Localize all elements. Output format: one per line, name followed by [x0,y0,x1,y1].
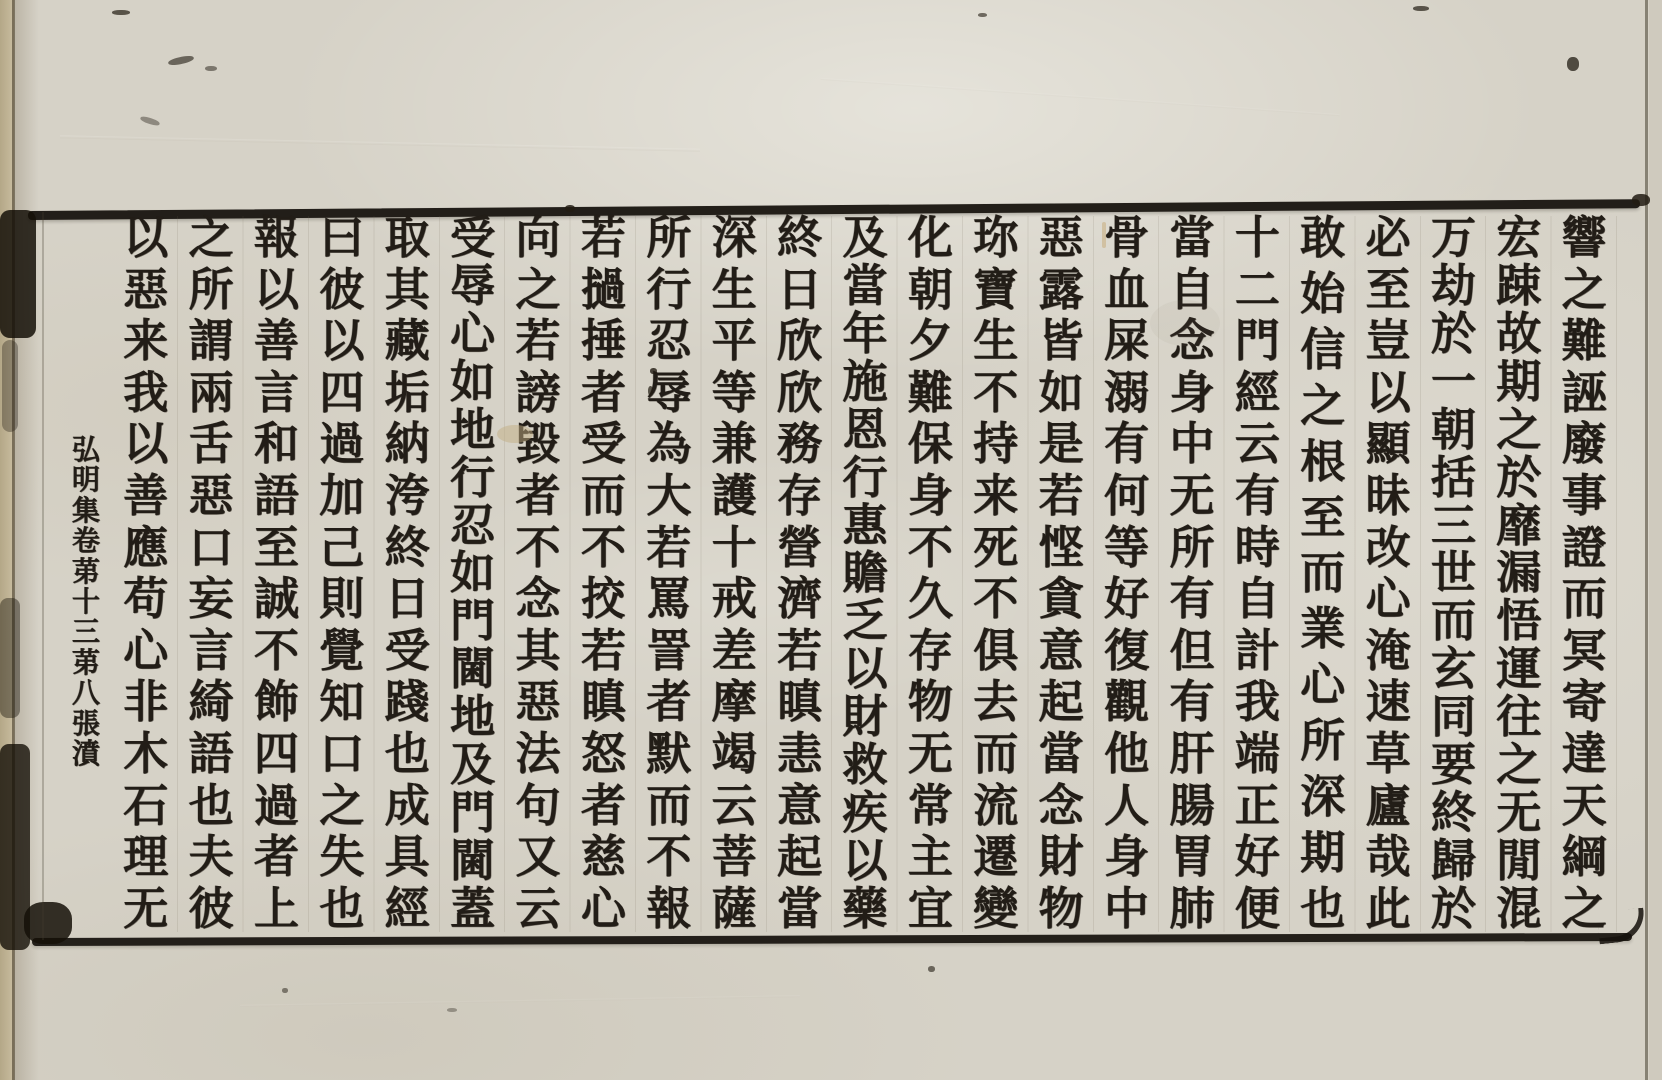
character: 死 [973,526,1018,571]
character: 句 [516,784,561,829]
character: 也 [319,887,364,932]
character: 万 [1431,216,1476,261]
character: 己 [319,526,364,571]
character: 過 [319,422,364,467]
character: 身 [1104,835,1149,880]
character: 以 [843,647,888,692]
ink-speck [648,386,653,396]
character: 之 [1562,887,1607,932]
character: 无 [1496,791,1541,836]
character: 菩 [712,835,757,880]
character: 速 [1366,680,1411,725]
character: 辱 [646,371,691,416]
character: 者 [581,784,626,829]
character: 木 [123,732,168,777]
character: 捶 [581,319,626,364]
character: 往 [1496,695,1541,740]
paper-stain [497,425,533,443]
ink-speck [447,1008,457,1012]
paper-crease [821,78,1340,116]
character: 腸 [1169,784,1214,829]
character: 肺 [1169,887,1214,932]
character: 不 [908,526,953,571]
character: 其 [516,629,561,674]
text-column-16: 若撾捶者受而不挍若瞋怒者慈心 [571,216,636,932]
character: 以 [254,268,299,313]
colophon-character: 張 [72,711,100,739]
character: 期 [1300,831,1345,876]
character: 也 [385,732,430,777]
character: 如 [450,360,495,405]
ink-speck [928,966,935,972]
character: 他 [1104,732,1149,777]
character: 不 [516,526,561,571]
character: 而 [581,474,626,519]
character: 惡 [189,474,234,519]
character: 護 [712,474,757,519]
character: 端 [1235,732,1280,777]
scripture-text-block: 響之難誣廢事證而冥寄達天綱之宏踈故期之於靡漏悟運往之无閒混万劫於一朝括三世而玄同… [113,216,1617,932]
character: 云 [1235,422,1280,467]
character: 若 [581,216,626,261]
character: 朝 [1431,408,1476,453]
character: 心 [123,629,168,674]
character: 則 [319,577,364,622]
character: 哉 [1366,835,1411,880]
character: 經 [385,887,430,932]
character: 以 [123,216,168,261]
character: 及 [450,743,495,788]
character: 閒 [1496,839,1541,884]
character: 始 [1300,272,1345,317]
character: 夕 [908,319,953,364]
character: 皆 [1039,319,1084,364]
text-column-13: 終日欣欣務存營濟若瞋恚意起當 [767,216,832,932]
character: 冥 [1562,629,1607,674]
character: 知 [319,680,364,725]
character: 三 [1431,504,1476,549]
character: 閫 [450,839,495,884]
page-edge-line [1645,0,1648,1080]
character: 者 [254,835,299,880]
character: 寄 [1562,680,1607,725]
character: 行 [646,268,691,313]
character: 當 [843,264,888,309]
ink-smudge [24,902,72,944]
character: 運 [1496,647,1541,692]
character: 門 [1235,319,1280,364]
character: 門 [450,791,495,836]
page-edge-strip [1649,0,1662,1080]
character: 非 [123,680,168,725]
character: 慈 [581,835,626,880]
character: 瞋 [777,680,822,725]
character: 而 [1562,577,1607,622]
character: 摩 [712,680,757,725]
character: 踈 [1496,264,1541,309]
character: 惡 [123,268,168,313]
character: 意 [1039,629,1084,674]
character: 之 [1496,743,1541,788]
character: 之 [1496,408,1541,453]
character: 正 [1235,784,1280,829]
character: 而 [973,732,1018,777]
character: 受 [450,216,495,261]
character: 二 [1235,268,1280,313]
character: 默 [646,732,691,777]
character: 門 [450,599,495,644]
character: 平 [712,319,757,364]
character: 口 [319,732,364,777]
character: 乏 [843,599,888,644]
character: 好 [1104,577,1149,622]
character: 以 [843,839,888,884]
colophon-character: 集 [72,498,100,526]
character: 贍 [843,551,888,596]
character: 存 [908,629,953,674]
character: 夫 [189,835,234,880]
character: 悭 [1039,526,1084,571]
character: 終 [385,526,430,571]
character: 也 [189,784,234,829]
character: 深 [1300,775,1345,820]
character: 者 [581,371,626,416]
character: 財 [1039,835,1084,880]
character: 謂 [189,319,234,364]
character: 流 [973,784,1018,829]
character: 根 [1300,440,1345,485]
text-column-18: 受辱心如地行忍如門閫地及門閫蓋 [440,216,505,932]
character: 无 [908,732,953,777]
character: 有 [1169,680,1214,725]
character: 響 [1562,216,1607,261]
character: 必 [1366,216,1411,261]
character: 垢 [385,371,430,416]
ink-speck [1632,194,1650,206]
scanned-page: 響之難誣廢事證而冥寄達天綱之宏踈故期之於靡漏悟運往之无閒混万劫於一朝括三世而玄同… [0,0,1662,1080]
character: 所 [1169,526,1214,571]
ink-speck [168,54,195,66]
character: 忍 [450,504,495,549]
character: 若 [646,526,691,571]
character: 不 [581,526,626,571]
character: 經 [1235,371,1280,416]
ink-speck [140,115,161,127]
character: 差 [712,629,757,674]
text-column-21: 報以善言和語至誠不飾四過者上 [244,216,309,932]
character: 持 [973,422,1018,467]
character: 彼 [319,268,364,313]
character: 所 [189,268,234,313]
character: 物 [908,680,953,725]
character: 歸 [1431,839,1476,884]
character: 中 [1169,422,1214,467]
character: 惡 [1039,216,1084,261]
character: 是 [1039,422,1084,467]
character: 時 [1235,526,1280,571]
character: 言 [254,371,299,416]
character: 蓋 [450,887,495,932]
character: 失 [319,835,364,880]
character: 有 [1104,422,1149,467]
character: 心 [450,312,495,357]
character: 昧 [1366,474,1411,519]
character: 惠 [843,504,888,549]
character: 不 [254,629,299,674]
ink-speck [205,66,217,71]
frame-bottom-border [32,933,1632,946]
character: 觀 [1104,680,1149,725]
character: 覺 [319,629,364,674]
character: 一 [1431,360,1476,405]
character: 血 [1104,268,1149,313]
character: 閫 [450,647,495,692]
character: 淹 [1366,629,1411,674]
character: 和 [254,422,299,467]
character: 日 [385,577,430,622]
character: 口 [189,526,234,571]
character: 生 [712,268,757,313]
character: 當 [777,887,822,932]
character: 好 [1235,835,1280,880]
character: 宜 [908,887,953,932]
character: 辱 [450,264,495,309]
character: 便 [1235,887,1280,932]
character: 自 [1235,577,1280,622]
character: 信 [1300,328,1345,373]
character: 心 [1366,577,1411,622]
text-column-15: 所行忍辱為大若罵詈者默而不報 [636,216,701,932]
character: 於 [1496,456,1541,501]
character: 貪 [1039,577,1084,622]
character: 變 [973,887,1018,932]
character: 肝 [1169,732,1214,777]
character: 深 [712,216,757,261]
ink-speck [282,988,288,993]
character: 所 [646,216,691,261]
character: 宏 [1496,216,1541,261]
character: 胃 [1169,835,1214,880]
character: 遷 [973,835,1018,880]
character: 期 [1496,360,1541,405]
ink-speck [1567,57,1579,71]
colophon-column: 弘明集卷苐十三苐八張濆 [68,437,104,769]
character: 當 [1039,732,1084,777]
character: 保 [908,422,953,467]
character: 不 [973,577,1018,622]
character: 来 [123,319,168,364]
paper-stain [1102,222,1106,248]
text-column-6: 十二門經云有時自計我端正好便 [1225,216,1290,932]
colophon-character: 苐 [72,559,100,587]
character: 之 [516,268,561,313]
character: 謗 [516,371,561,416]
character: 飾 [254,680,299,725]
text-column-5: 敢始信之根至而業心所深期也 [1290,216,1355,932]
character: 向 [516,216,561,261]
character: 同 [1431,695,1476,740]
text-column-14: 深生平等兼護十戒差摩竭云菩薩 [702,216,767,932]
character: 若 [581,629,626,674]
character: 云 [712,784,757,829]
character: 詈 [646,629,691,674]
character: 其 [385,268,430,313]
text-column-11: 化朝夕難保身不久存物无常主宜 [898,216,963,932]
character: 終 [777,216,822,261]
character: 心 [581,887,626,932]
text-column-23: 以惡来我以善應苟心非木石理无 [113,216,178,932]
character: 法 [516,732,561,777]
character: 惡 [516,680,561,725]
frame-left-rule [42,212,44,940]
character: 化 [908,216,953,261]
character: 業 [1300,607,1345,652]
character: 應 [123,526,168,571]
character: 所 [1300,719,1345,764]
character: 不 [646,835,691,880]
character: 欣 [777,371,822,416]
ink-smudge [2,340,18,432]
character: 天 [1562,784,1607,829]
ink-speck [112,10,130,15]
character: 有 [1235,474,1280,519]
character: 何 [1104,474,1149,519]
ink-speck [650,368,657,374]
character: 撾 [581,268,626,313]
character: 顯 [1366,422,1411,467]
character: 罵 [646,577,691,622]
character: 誠 [254,577,299,622]
character: 不 [973,371,1018,416]
character: 之 [1562,268,1607,313]
text-column-2: 宏踈故期之於靡漏悟運往之无閒混 [1486,216,1551,932]
character: 人 [1104,784,1149,829]
character: 瞋 [581,680,626,725]
character: 營 [777,526,822,571]
character: 地 [450,408,495,453]
colophon-character: 明 [72,467,100,495]
character: 漏 [1496,551,1541,596]
text-column-12: 及當年施恩行惠贍乏以財救疾以藥 [832,216,897,932]
text-column-3: 万劫於一朝括三世而玄同要終歸於 [1421,216,1486,932]
character: 善 [123,474,168,519]
character: 理 [123,835,168,880]
character: 曰 [319,216,364,261]
character: 踐 [385,680,430,725]
character: 等 [1104,526,1149,571]
character: 受 [385,629,430,674]
character: 行 [843,456,888,501]
colophon-character: 弘 [72,437,100,465]
character: 寶 [973,268,1018,313]
character: 舌 [189,422,234,467]
character: 以 [1366,371,1411,416]
character: 語 [254,474,299,519]
character: 日 [777,268,822,313]
ink-speck [1413,6,1429,11]
text-column-1: 響之難誣廢事證而冥寄達天綱之 [1552,216,1617,932]
character: 難 [1562,319,1607,364]
character: 豈 [1366,319,1411,364]
character: 身 [1169,371,1214,416]
colophon-character: 濆 [72,741,100,769]
character: 過 [254,784,299,829]
text-column-22: 之所謂兩舌惡口妄言綺語也夫彼 [178,216,243,932]
character: 来 [973,474,1018,519]
paper-crease [60,135,700,151]
character: 但 [1169,629,1214,674]
character: 恩 [843,408,888,453]
character: 又 [516,835,561,880]
character: 善 [254,319,299,364]
character: 戒 [712,577,757,622]
character: 大 [646,474,691,519]
colophon-character: 卷 [72,528,100,556]
character: 恚 [777,732,822,777]
character: 怒 [581,732,626,777]
character: 語 [189,732,234,777]
character: 我 [123,371,168,416]
character: 心 [1300,663,1345,708]
character: 而 [646,784,691,829]
paper-stain [1150,300,1220,346]
character: 成 [385,784,430,829]
character: 具 [385,835,430,880]
character: 至 [1300,496,1345,541]
character: 誣 [1562,371,1607,416]
character: 挍 [581,577,626,622]
character: 物 [1039,887,1084,932]
character: 復 [1104,629,1149,674]
character: 四 [254,732,299,777]
character: 敢 [1300,216,1345,261]
ink-smudge [0,210,36,338]
character: 者 [646,680,691,725]
character: 薩 [712,887,757,932]
character: 廬 [1366,784,1411,829]
character: 劫 [1431,264,1476,309]
character: 骨 [1104,216,1149,261]
character: 起 [1039,680,1084,725]
character: 主 [908,835,953,880]
character: 忍 [646,319,691,364]
character: 妄 [189,577,234,622]
character: 四 [319,371,364,416]
paper-crease [240,995,800,1007]
character: 改 [1366,526,1411,571]
character: 藏 [385,319,430,364]
colophon-character: 八 [72,680,100,708]
character: 者 [516,474,561,519]
character: 地 [450,695,495,740]
character: 救 [843,743,888,788]
character: 施 [843,360,888,405]
character: 要 [1431,743,1476,788]
character: 世 [1431,551,1476,596]
character: 之 [1300,384,1345,429]
character: 俱 [973,629,1018,674]
character: 之 [319,784,364,829]
text-column-17: 向之若謗毀者不念其惡法句又云 [505,216,570,932]
character: 計 [1235,629,1280,674]
text-column-9: 惡露皆如是若悭貪意起當念財物 [1028,216,1093,932]
character: 兩 [189,371,234,416]
character: 意 [777,784,822,829]
character: 財 [843,695,888,740]
character: 十 [1235,216,1280,261]
character: 至 [254,526,299,571]
character: 報 [646,887,691,932]
